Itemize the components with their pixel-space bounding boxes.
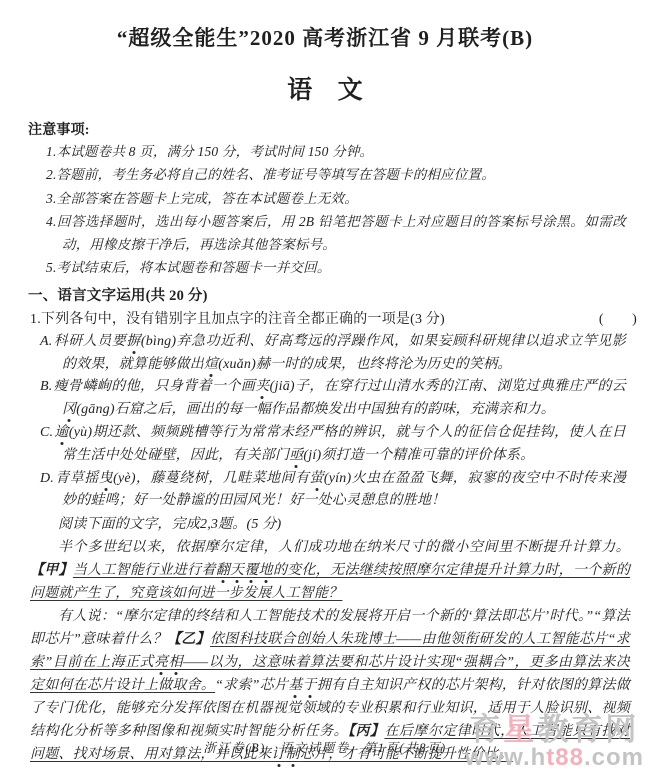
option-d: D.青草摇曳(yè)，藤蔓绕树，几畦菜地间有萤(yín)火虫在盈盈飞舞，寂寥的夜…: [62, 468, 626, 514]
option-a-text: 科研人员要摒(bìng)弃急功近利、好高骛远的浮躁作风，如果妄顾科研规律以追求立…: [53, 334, 626, 372]
notice-item-2: 2.答题前，考生务必将自己的姓名、准考证号等填写在答题卡的相应位置。: [62, 163, 626, 186]
watermark: 育星教育网 www.ht88.com: [465, 714, 644, 770]
question-1: 1.下列各句中，没有错别字且加点字的注音全都正确的一项是(3 分) ( ): [30, 308, 637, 331]
option-d-label: D.: [40, 471, 54, 486]
notice-item-4: 4.回答选择题时，选出每小题答案后，用 2B 铅笔把答题卡上对应题目的答案标号涂…: [62, 210, 626, 257]
notice-item-1: 1.本试题卷共 8 页，满分 150 分，考试时间 150 分钟。: [62, 140, 626, 163]
notice-item-3: 3.全部答案在答题卡上完成，答在本试题卷上无效。: [62, 187, 626, 210]
option-a-label: A.: [40, 334, 52, 349]
option-a: A.科研人员要摒(bìng)弃急功近利、好高骛远的浮躁作风，如果妄顾科研规律以追…: [62, 331, 626, 377]
option-c-text: 逾(yù)期还款、频频跳槽等行为常常未经严格的辨识，就与个人的征信仓促挂钩，使人…: [54, 425, 626, 463]
section-heading: 一、语言文字运用(共 20 分): [28, 285, 650, 308]
question-1-stem: 1.下列各句中，没有错别字且加点字的注音全都正确的一项是(3 分): [30, 308, 445, 331]
watermark-site-name: 育星教育网: [465, 714, 644, 746]
option-c: C.逾(yù)期还款、频频跳槽等行为常常未经严格的辨识，就与个人的征信仓促挂钩，…: [62, 422, 626, 468]
option-c-label: C.: [40, 425, 53, 440]
reading-intro: 阅读下面的文字，完成2,3题。(5 分): [30, 513, 626, 536]
answer-blank: ( ): [599, 308, 637, 331]
notice-heading: 注意事项:: [28, 119, 650, 139]
option-b-label: B.: [40, 379, 52, 394]
watermark-site-url: www.ht88.com: [465, 746, 644, 770]
page-title: “超级全能生”2020 高考浙江省 9 月联考(B): [0, 0, 650, 52]
subject-title: 语 文: [0, 70, 650, 106]
option-b-text: 瘦骨嶙峋的他，只身背着一个画夹(jiā)子，在穿行过山清水秀的江南、浏览过典雅庄…: [53, 379, 626, 417]
notice-item-5: 5.考试结束后，将本试题卷和答题卡一并交回。: [62, 256, 626, 279]
option-d-text: 青草摇曳(yè)，藤蔓绕树，几畦菜地间有萤(yín)火虫在盈盈飞舞，寂寥的夜空中…: [55, 471, 626, 509]
option-b: B.瘦骨嶙峋的他，只身背着一个画夹(jiā)子，在穿行过山清水秀的江南、浏览过典…: [62, 376, 626, 422]
passage-paragraph-1: 半个多世纪以来，依据摩尔定律，人们成功地在纳米尺寸的微小空间里不断提升计算力。【…: [30, 536, 630, 605]
exam-paper-page: “超级全能生”2020 高考浙江省 9 月联考(B) 语 文 注意事项: 1.本…: [0, 0, 650, 782]
